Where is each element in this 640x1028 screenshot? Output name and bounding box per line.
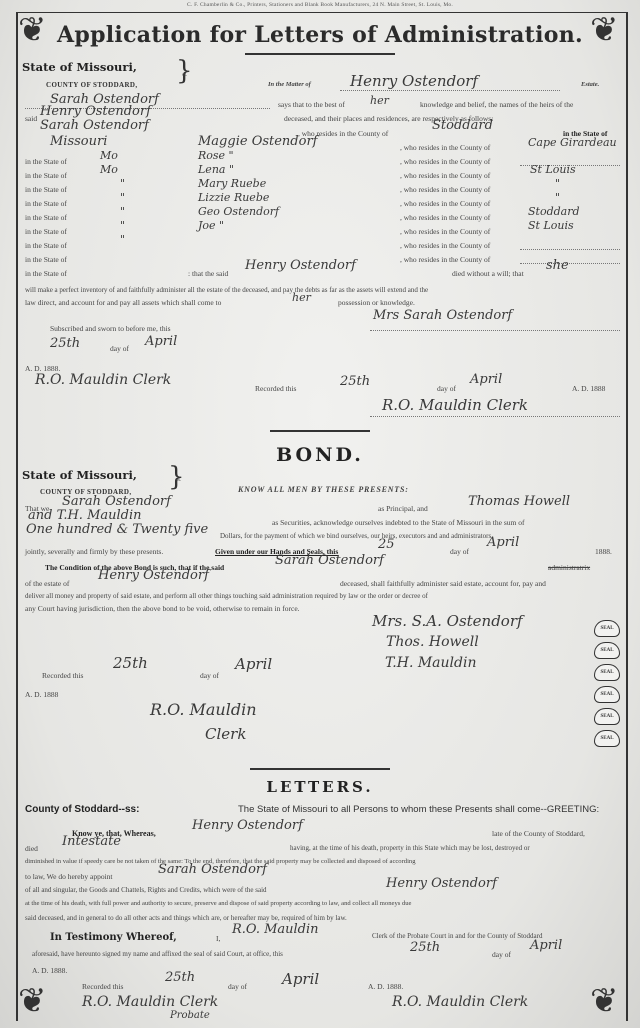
possession-text: possession or knowledge. (338, 298, 415, 307)
heir-state-label: in the State of (25, 171, 67, 180)
surety-2-name: and T.H. Mauldin (28, 508, 142, 523)
recorded-day-of: day of (437, 384, 456, 393)
bond-sum: One hundred & Twenty five (26, 522, 208, 537)
bond-signature-1: Mrs. S.A. Ostendorf (372, 612, 523, 630)
heir-resides-text: , who resides in the County of (400, 171, 490, 180)
condition-name: Sarah Ostendorf (275, 553, 384, 568)
seal-icon: SEAL (594, 642, 620, 659)
heir-state-label: in the State of (25, 269, 67, 278)
letters-clerk-name: R.O. Mauldin (232, 922, 319, 937)
heir-state: Mo (100, 163, 118, 176)
heir-state: Missouri (50, 134, 107, 149)
subscribed-text: Subscribed and sworn to before me, this (50, 324, 171, 333)
bond-ss-label: ss. (176, 478, 181, 483)
bond-given-year: 1888. (595, 547, 612, 556)
ss-label: ss. (182, 73, 187, 78)
bond-clerk-title: Clerk (205, 725, 246, 743)
document-title: Application for Letters of Administratio… (0, 22, 640, 48)
bond-given-month: April (487, 535, 519, 550)
letters-recorded-day: 25th (165, 970, 195, 985)
bond-void-text: any Court having jurisdiction, then the … (25, 604, 300, 613)
ornament-corner-bottom-right-icon: ❦ (590, 985, 619, 1019)
letters-recorded-month: April (282, 970, 319, 988)
bond-state-label: State of Missouri, (22, 468, 137, 482)
at-time-text: at the time of his death, with full powe… (25, 900, 411, 907)
said-label: said (25, 114, 37, 123)
to-law-text: to law, We do hereby appoint (25, 872, 113, 881)
decedent-name-repeat: Henry Ostendorf (245, 258, 356, 273)
bond-clerk-signature: R.O. Mauldin (150, 700, 257, 719)
heir-resides-text: , who resides in the County of (400, 241, 490, 250)
decedent-name: Henry Ostendorf (350, 72, 478, 90)
goods-text: of all and singular, the Goods and Chatt… (25, 886, 267, 894)
estate-label: Estate. (581, 81, 599, 88)
letters-ad-year: A. D. 1888. (32, 966, 67, 975)
law-direct-text: law direct, and account for and pay all … (25, 298, 221, 307)
heir-state: " (120, 233, 125, 246)
heir-resides-text: , who resides in the County of (400, 143, 490, 152)
sworn-month: April (145, 334, 177, 349)
signature-line (370, 330, 620, 331)
decedent-line (340, 90, 560, 91)
clerk-of-text: Clerk of the Probate Court in and for th… (372, 932, 543, 940)
as-principal-text: as Principal, and (378, 504, 428, 513)
of-estate-text: of the estate of (25, 579, 69, 588)
seal-icon: SEAL (594, 664, 620, 681)
heir-state-label: in the State of (25, 255, 67, 264)
heir-state-label: in the State of (25, 185, 67, 194)
bond-signature-2: Thos. Howell (386, 634, 479, 650)
testimony-text: In Testimony Whereof, (50, 932, 177, 943)
inventory-text: will make a perfect inventory of and fai… (25, 286, 428, 294)
day-of-label: day of (110, 344, 129, 353)
bond-recorded-label: Recorded this (42, 671, 83, 680)
heir-county: St Louis (530, 163, 576, 176)
heir-county-line (520, 263, 620, 264)
section-rule (270, 430, 370, 432)
i-label: I, (216, 934, 220, 943)
bond-deliver-text: deliver all money and property of said e… (25, 592, 428, 600)
seal-icon: SEAL (594, 708, 620, 725)
heir-name: Mary Ruebe (198, 177, 266, 190)
letters-decedent-name: Henry Ostendorf (192, 818, 303, 833)
recorded-label: Recorded this (255, 384, 296, 393)
having-text: having, at the time of his death, proper… (290, 844, 530, 852)
heir-county: " (555, 177, 560, 190)
pronoun-she: she (546, 258, 569, 273)
bond-recorded-day-of: day of (200, 671, 219, 680)
letters-recorded-ad: A. D. 1888. (368, 982, 403, 991)
dollars-text: Dollars, for the payment of which we bin… (220, 532, 491, 540)
late-of-text: late of the County of Stoddard, (492, 829, 585, 838)
heir-resides-text: , who resides in the County of (400, 199, 490, 208)
heir-name: Lizzie Ruebe (198, 191, 269, 204)
heir-county: " (555, 191, 560, 204)
heir-first-name: Sarah Ostendorf (40, 118, 149, 133)
bond-estate-name: Henry Ostendorf (98, 568, 209, 583)
section-rule (250, 768, 390, 770)
in-the-matter-label: In the Matter of (268, 81, 311, 88)
heir-county: St Louis (528, 219, 574, 232)
brace-icon: } (168, 462, 185, 492)
recorded-clerk-signature: R.O. Mauldin Clerk (382, 396, 528, 414)
seal-icon: SEAL (594, 730, 620, 747)
bond-principal-name: Sarah Ostendorf (62, 494, 171, 509)
heir-resides-text: , who resides in the County of (400, 255, 490, 264)
bond-recorded-month: April (235, 655, 272, 673)
says-text: says that to the best of (278, 100, 345, 109)
letters-day: 25th (410, 940, 440, 955)
letters-right-signature: R.O. Mauldin Clerk (392, 994, 528, 1010)
brace-icon: } (176, 56, 193, 86)
securities-text: as Securities, acknowledge ourselves ind… (272, 518, 524, 527)
administratrix-label: administratrix (548, 563, 590, 572)
heir-resides-text: , who resides in the County of (400, 157, 490, 166)
letters-county: County of Stoddard--ss: (25, 804, 139, 815)
died-label: died (25, 844, 38, 853)
ornament-corner-bottom-left-icon: ❦ (18, 985, 47, 1019)
recorded-day: 25th (340, 374, 370, 389)
died-without-will-text: died without a will; that (452, 269, 524, 278)
bond-signature-3: T.H. Mauldin (385, 655, 476, 671)
letters-recorded-label: Recorded this (82, 982, 123, 991)
letters-heading: LETTERS. (0, 778, 640, 796)
heir-county: Stoddard (528, 205, 580, 218)
heir-state: Mo (100, 149, 118, 162)
knowledge-text: knowledge and belief, the names of the h… (420, 100, 573, 109)
bond-heading: BOND. (0, 444, 640, 466)
pronoun-her-2: her (292, 291, 311, 304)
surety-1-name: Thomas Howell (468, 494, 570, 509)
title-rule (245, 53, 395, 55)
heir-state-label: in the State of (25, 157, 67, 166)
printer-imprint: C. F. Chamberlin & Co., Printers, Statio… (0, 2, 640, 8)
heir-resides-text: , who resides in the County of (400, 227, 490, 236)
heir-first-county: Stoddard (432, 118, 493, 133)
heir-state-label: in the State of (25, 241, 67, 250)
heir-state: " (120, 177, 125, 190)
clerk-line (370, 416, 620, 417)
that-the-said-text: : that the said (188, 269, 228, 278)
letters-day-of: day of (492, 950, 511, 959)
intestate-value: Intestate (62, 834, 121, 849)
appointee-name: Sarah Ostendorf (158, 862, 267, 877)
heir-name: Geo Ostendorf (198, 205, 279, 218)
seal-icon: SEAL (594, 620, 620, 637)
heir-resides-text: , who resides in the County of (400, 185, 490, 194)
aforesaid-text: aforesaid, have hereunto signed my name … (32, 950, 283, 958)
state-label: State of Missouri, (22, 60, 137, 74)
heir-name: Maggie Ostendorf (198, 134, 317, 149)
applicant-signature: Mrs Sarah Ostendorf (373, 308, 512, 323)
recorded-month: April (470, 372, 502, 387)
heir-state-label: in the State of (25, 199, 67, 208)
heir-state: " (120, 205, 125, 218)
document-page: C. F. Chamberlin & Co., Printers, Statio… (0, 0, 640, 1028)
letters-month: April (530, 938, 562, 953)
heir-state: " (120, 219, 125, 232)
goods-decedent-name: Henry Ostendorf (386, 876, 497, 891)
bond-given-day: 25 (378, 537, 395, 552)
said-decedent-name: Henry Ostendorf (40, 104, 151, 119)
letters-recorded-day-of: day of (228, 982, 247, 991)
heir-county-line (520, 249, 620, 250)
heir-name: Rose " (198, 149, 234, 162)
heir-name: Lena " (198, 163, 234, 176)
seal-icon: SEAL (594, 686, 620, 703)
jointly-text: jointly, severally and firmly by these p… (25, 547, 163, 556)
heir-state-label: in the State of (25, 213, 67, 222)
recorded-ad: A. D. 1888 (572, 384, 605, 393)
know-all-men-text: KNOW ALL MEN BY THESE PRESENTS: (238, 485, 409, 494)
heir-state: " (120, 191, 125, 204)
heir-name: Joe " (198, 219, 224, 232)
pronoun-her: her (370, 94, 389, 107)
greeting-text: The State of Missouri to all Persons to … (238, 804, 599, 815)
said-deceased-text: said deceased, and in general to do all … (25, 914, 347, 922)
heir-county: Cape Girardeau (528, 136, 617, 149)
clerk-signature: R.O. Mauldin Clerk (35, 372, 171, 388)
letters-left-signature-sub: Probate (170, 1010, 210, 1021)
sworn-day: 25th (50, 336, 80, 351)
bond-day-of: day of (450, 547, 469, 556)
letters-left-signature: R.O. Mauldin Clerk (82, 994, 218, 1010)
heir-state-label: in the State of (25, 227, 67, 236)
bond-recorded-day: 25th (113, 654, 148, 672)
bond-deceased-text: deceased, shall faithfully administer sa… (340, 579, 546, 588)
bond-recorded-ad: A. D. 1888 (25, 690, 58, 699)
county-label: COUNTY OF STODDARD, (46, 81, 138, 89)
heir-resides-text: , who resides in the County of (400, 213, 490, 222)
